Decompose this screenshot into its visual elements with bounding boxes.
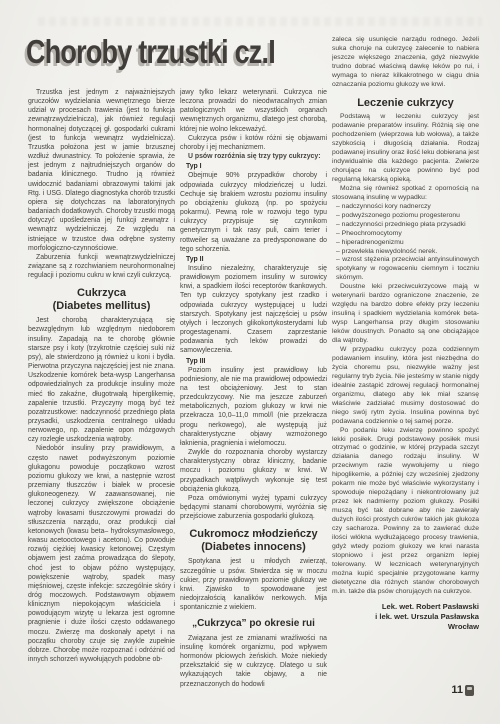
paragraph: Poza omówionymi wyżej typami cukrzycy bę… — [180, 494, 327, 521]
paragraph: Po podaniu leku zwierzę powinno spożyć l… — [332, 427, 479, 597]
author-signature: Lek. wet. Robert Pasławski i lek. wet. U… — [332, 602, 479, 632]
paragraph: zaleca się usunięcie narządu rodnego. Je… — [332, 36, 479, 90]
print-showthrough — [38, 17, 482, 26]
paragraph: Obejmuje 90% przypadków choroby i odpowi… — [180, 171, 327, 253]
subheading-typ-2: Typ II — [180, 255, 327, 264]
list-item: – nadczynności przedniego płata przysadk… — [332, 221, 479, 230]
column-3: zaleca się usunięcie narządu rodnego. Je… — [332, 36, 479, 716]
section-heading-cukromocz: Cukromocz młodzieńczy (Diabetes innocens… — [180, 528, 327, 553]
column-2: jawy tylko lekarz weterynarii. Cukrzyca … — [180, 88, 327, 714]
list-item: – wzrost stężenia przeciwciał antyinsuli… — [332, 256, 479, 283]
paragraph: Poziom insuliny jest prawidłowy lub podn… — [180, 366, 327, 448]
heading-line: (Diabetes mellitus) — [28, 300, 175, 313]
paragraph: Niedobór insuliny przy prawidłowym, a cz… — [28, 444, 175, 664]
paragraph: Podstawą w leczeniu cukrzycy jest podawa… — [332, 113, 479, 185]
section-heading-leczenie: Leczenie cukrzycy — [332, 97, 479, 110]
paragraph: Zwykle do rozpoznania choroby wystarczy … — [180, 448, 327, 494]
list-item: – przewlekła niewydolność nerek. — [332, 248, 479, 257]
heading-line: (Diabetes innocens) — [180, 541, 327, 554]
paragraph: jawy tylko lekarz weterynarii. Cukrzyca … — [180, 88, 327, 134]
lead-bold-paragraph: U psów rozróżnia się trzy typy cukrzycy: — [180, 152, 327, 161]
author-city: Wrocław — [332, 622, 479, 632]
paragraph: Związana jest ze zmianami wrażliwości na… — [180, 634, 327, 689]
heading-line: Cukrzyca — [77, 287, 126, 299]
paragraph: W przypadku cukrzycy poza codziennym pod… — [332, 346, 479, 427]
paragraph: Insulino niezależny, charakteryzuje się … — [180, 264, 327, 356]
heading-line: Cukromocz młodzieńczy — [189, 528, 317, 540]
subheading-typ-1: Typ I — [180, 162, 327, 171]
paragraph: Doustne leki przeciwcukrzycowe mają w we… — [332, 283, 479, 346]
list-item: – podwyższonego poziomu progesteronu — [332, 212, 479, 221]
magazine-logo-icon — [465, 685, 474, 696]
magazine-page: Choroby trzustki cz.I Trzustka jest jedn… — [0, 0, 500, 724]
paragraph: Zaburzenia funkcji wewnątrzwydzielniczej… — [28, 253, 175, 280]
author-line: Lek. wet. Robert Pasławski — [332, 602, 479, 612]
article-title: Choroby trzustki cz.I — [26, 33, 275, 71]
list-item: – nadczynności kory nadnerczy — [332, 203, 479, 212]
paragraph: Można się również spotkać z opornością n… — [332, 185, 479, 203]
paragraph: Trzustka jest jednym z najważniejszych g… — [28, 88, 175, 253]
subheading-typ-3: Typ III — [180, 357, 327, 366]
list-item: – Pheochromocytomy — [332, 230, 479, 239]
column-1: Trzustka jest jednym z najważniejszych g… — [28, 88, 175, 714]
page-number: 11 — [451, 684, 463, 696]
page-footer: 11 — [390, 684, 474, 696]
section-heading-cukrzyca-po-rui: „Cukrzyca” po okresie rui — [180, 618, 327, 631]
paragraph: Jest chorobą charakteryzującą się bezwzg… — [28, 316, 175, 444]
list-item: – hiperadrenogenizmu — [332, 239, 479, 248]
paragraph: Spotykana jest u młodych zwierząt, szcze… — [180, 557, 327, 612]
paragraph: Cukrzyca psów i kotów różni się objawami… — [180, 134, 327, 152]
section-heading-cukrzyca: Cukrzyca (Diabetes mellitus) — [28, 287, 175, 312]
author-line: i lek. wet. Urszula Pasławska — [332, 612, 479, 622]
